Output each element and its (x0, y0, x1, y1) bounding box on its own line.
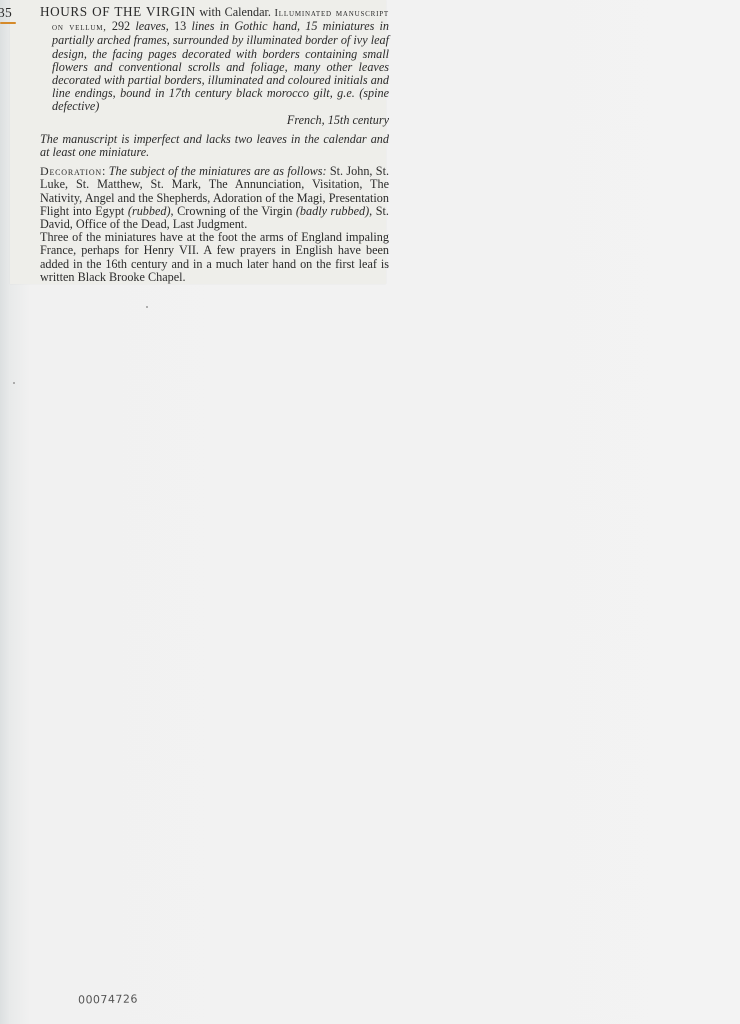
dust-speck (146, 306, 148, 308)
dust-speck (13, 382, 15, 384)
condition-note: The manuscript is imperfect and lacks tw… (40, 133, 389, 159)
origin: French, 15th century (40, 114, 389, 127)
catalogue-entry: HOURS OF THE VIRGIN with Calendar. Illum… (40, 5, 389, 284)
entry-description: HOURS OF THE VIRGIN with Calendar. Illum… (40, 5, 389, 114)
leaves-label: leaves, (135, 19, 174, 33)
badly-rubbed-note: (badly rubbed) (296, 204, 369, 218)
physical-description: lines in Gothic hand, 15 miniatures in p… (52, 19, 389, 113)
decoration-label: Decoration (40, 164, 102, 178)
miniatures-list-2: , Crowning of the Virgin (171, 204, 296, 218)
decoration-paragraph: Decoration: The subject of the miniature… (40, 165, 389, 231)
decoration-sep: : (102, 164, 109, 178)
leaf-count: 292 (107, 19, 136, 33)
orange-marker (0, 22, 16, 24)
lot-title-suffix: with Calendar. (196, 5, 271, 19)
provenance: Three of the miniatures have at the foot… (40, 231, 389, 284)
line-count: 13 (174, 19, 191, 33)
decoration-intro: The subject of the miniatures are as fol… (109, 164, 327, 178)
lot-number: 35 (0, 5, 12, 21)
accession-number: 00074726 (78, 992, 138, 1006)
lot-title: HOURS OF THE VIRGIN (40, 4, 196, 19)
catalogue-clipping: 35 HOURS OF THE VIRGIN with Calendar. Il… (10, 0, 386, 284)
rubbed-note: (rubbed) (128, 204, 171, 218)
